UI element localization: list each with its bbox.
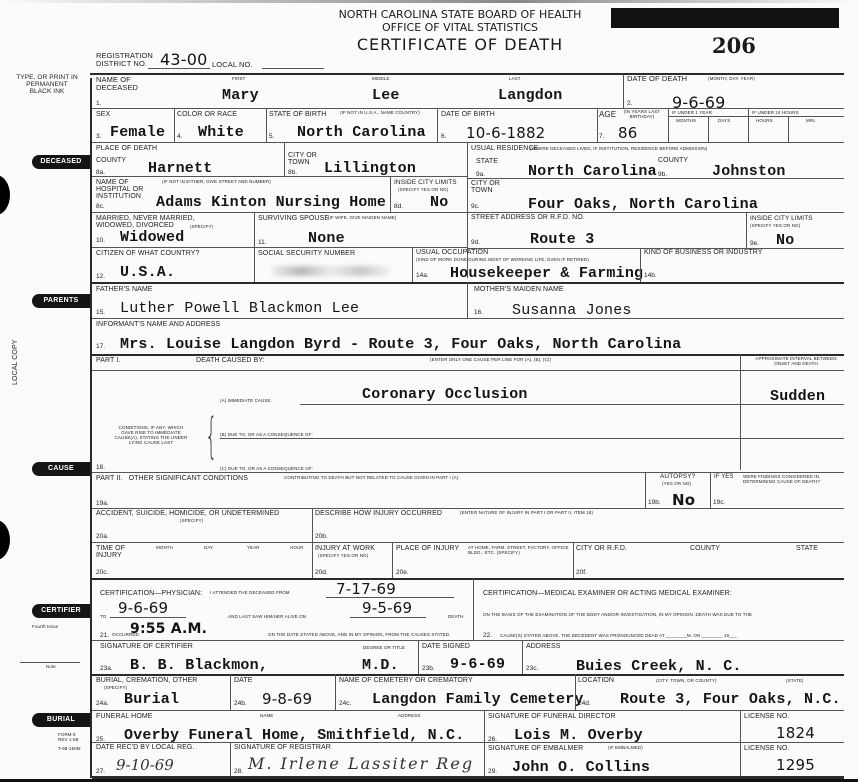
item-number: 19b. [648, 499, 661, 506]
birth-state-label: STATE OF BIRTH [269, 111, 326, 118]
autopsy-value[interactable]: No [672, 491, 695, 509]
min-label: MIN. [806, 118, 816, 123]
marital-status[interactable]: Widowed [120, 229, 184, 246]
autopsy-note: (YES OR NO) [662, 481, 691, 486]
physician-certification-label: CERTIFICATION—PHYSICIAN: [100, 590, 202, 597]
age-label: AGE [599, 111, 616, 118]
part-one-label: PART I. [96, 357, 120, 364]
rule [597, 108, 598, 142]
rule [484, 710, 485, 778]
item-number: 20e. [396, 569, 409, 576]
rule [92, 318, 844, 319]
item-number: 2. [627, 100, 632, 107]
rule [230, 742, 231, 778]
item-number: 9a. [476, 171, 485, 178]
death-inside-city[interactable]: No [430, 194, 448, 211]
occupation-note: (KIND OF WORK DONE DURING MOST OF WORKIN… [416, 257, 606, 262]
ink-instructions: TYPE, OR PRINT INPERMANENTBLACK INK [8, 74, 86, 95]
spouse-label: SURVIVING SPOUSE [258, 215, 329, 222]
certifier-address-label: ADDRESS [526, 643, 561, 650]
rule [748, 108, 749, 142]
death-county[interactable]: Harnett [148, 160, 212, 177]
embalmer[interactable]: John O. Collins [512, 759, 650, 776]
occurred-note: ON THE DATE STATED ABOVE, AND IN MY OPIN… [268, 632, 450, 637]
death-city[interactable]: Lillington [324, 160, 416, 177]
rule [92, 108, 844, 109]
attended-from-label: I ATTENDED THE DECEASED FROM [210, 590, 290, 595]
residence-street[interactable]: Route 3 [530, 231, 594, 248]
rule [110, 617, 186, 618]
race-value[interactable]: White [198, 124, 244, 141]
due-to-c-label: (c) DUE TO, OR AS A CONSEQUENCE OF: [220, 466, 313, 471]
item-number: 5. [269, 133, 274, 140]
citizenship[interactable]: U.S.A. [120, 264, 175, 281]
item-number: 19a. [96, 500, 109, 507]
last-label: LAST [509, 76, 521, 81]
time-of-death[interactable]: 9:55 A.M. [130, 621, 207, 637]
marital-note: (SPECIFY) [190, 224, 213, 229]
sex-label: SEX [96, 111, 110, 118]
item-number: 17. [96, 343, 105, 350]
residence-inside-city-label: INSIDE CITY LIMITS [750, 215, 813, 222]
rule [623, 74, 624, 108]
rule [573, 542, 574, 578]
deceased-last-name[interactable]: Langdon [498, 87, 562, 104]
item-number: 16. [474, 309, 483, 316]
item-number: 24b. [234, 700, 247, 707]
rule [467, 178, 844, 179]
item-number: 20d. [315, 569, 328, 576]
funeral-home-label: FUNERAL HOME [96, 713, 153, 720]
rule [92, 742, 844, 743]
rule [92, 176, 467, 177]
embalmer-license-label: LICENSE NO. [744, 745, 789, 752]
describe-injury-note: (ENTER NATURE OF INJURY IN PART I OR PAR… [460, 510, 593, 515]
rule [92, 640, 844, 641]
location-label: LOCATION [578, 677, 614, 684]
item-number: 23b. [422, 665, 435, 672]
place-of-injury-note: AT HOME, FARM, STREET, FACTORY, OFFICE B… [468, 545, 572, 555]
burial-method[interactable]: Burial [124, 691, 179, 708]
citizen-label: CITIZEN OF WHAT COUNTRY? [96, 250, 200, 257]
local-no-label: LOCAL NO. [212, 61, 253, 69]
medical-examiner-text-2: CAUSE(S) STATED ABOVE. THE DECEDENT WAS … [500, 633, 737, 638]
redaction-bar [611, 8, 839, 28]
ssn-label: SOCIAL SECURITY NUMBER [258, 250, 355, 257]
form-top-border [90, 73, 844, 75]
death-label: DEATH [448, 614, 463, 619]
mother-maiden-name[interactable]: Susanna Jones [512, 302, 632, 319]
rule [92, 674, 844, 676]
registration-label: REGISTRATIONDISTRICT NO. [96, 52, 153, 68]
section-tab-deceased: DECEASED [32, 155, 90, 169]
death-caused-by-label: DEATH CAUSED BY: [196, 357, 265, 364]
date-format-label: (MONTH, DAY, YEAR) [708, 76, 755, 81]
embalmer-label: SIGNATURE OF EMBALMER [488, 745, 583, 752]
item-number: 9e. [750, 240, 759, 247]
item-number: 8b. [288, 169, 297, 176]
rule [92, 247, 467, 248]
burial-method-note: (SPECIFY) [104, 685, 127, 690]
item-number: 22. [483, 632, 492, 639]
item-number: 9c. [471, 203, 480, 210]
rule [522, 640, 523, 674]
location-state-label: (STATE) [786, 678, 804, 683]
conditions-label: CONDITIONS, IF ANY, WHICH GAVE RISE TO I… [112, 425, 190, 445]
item-number: 12. [96, 273, 105, 280]
industry-label: KIND OF BUSINESS OR INDUSTRY [644, 249, 763, 256]
cemetery-label: NAME OF CEMETERY OR CREMATORY [339, 677, 473, 684]
hospital-name[interactable]: Adams Kinton Nursing Home [156, 194, 386, 211]
item-number: 11. [258, 239, 267, 246]
item-number: 1. [96, 100, 101, 107]
findings-label: WERE FINDINGS CONSIDERED IN DETERMINING … [743, 474, 844, 484]
rule [174, 108, 175, 142]
rule [668, 116, 844, 117]
death-county-label: COUNTY [96, 157, 126, 164]
rule [412, 248, 413, 282]
residence-note: (WHERE DECEASED LIVED, IF INSTITUTION, R… [530, 146, 707, 151]
rule [266, 108, 267, 142]
hours-label: HOURS [756, 118, 773, 123]
rule [92, 354, 844, 356]
rule [418, 640, 419, 674]
rule [284, 142, 285, 176]
rule [575, 674, 576, 710]
date-signed-label: DATE SIGNED [422, 643, 470, 650]
interval-label: APPROXIMATE INTERVAL BETWEEN ONSET AND D… [748, 356, 844, 366]
rule [746, 212, 747, 248]
injury-city-label: CITY OR R.F.D. [576, 545, 627, 552]
immediate-cause[interactable]: Coronary Occlusion [362, 386, 528, 403]
residence-city-label: CITY OR TOWN [471, 180, 501, 194]
birth-state-value[interactable]: North Carolina [297, 124, 426, 141]
burial-location[interactable]: Route 3, Four Oaks, N.C. [620, 691, 841, 708]
degree-label: DEGREE OR TITLE [363, 645, 405, 650]
rule [148, 68, 210, 69]
describe-injury-label: DESCRIBE HOW INJURY OCCURRED [315, 510, 442, 517]
item-number: 20c. [96, 569, 108, 576]
item-number: 10. [96, 237, 105, 244]
part-two-label: PART II. OTHER SIGNIFICANT CONDITIONS [96, 475, 248, 482]
registrar-label: SIGNATURE OF REGISTRAR [234, 744, 331, 751]
inside-city-note: (SPECIFY YES OR NO) [398, 187, 448, 192]
occupation-label: USUAL OCCUPATION [416, 249, 488, 256]
agency-name: NORTH CAROLINA STATE BOARD OF HEALTH [310, 8, 610, 21]
residence-label: USUAL RESIDENCE [471, 145, 538, 152]
item-number: 15. [96, 309, 105, 316]
hour-label: HOUR [290, 545, 304, 550]
sex-value[interactable]: Female [110, 124, 165, 141]
item-number: 6. [441, 133, 446, 140]
rule [708, 116, 709, 142]
certifier-signature[interactable]: B. B. Blackmon, [130, 657, 268, 674]
rule [437, 108, 438, 142]
item-number: 9d. [471, 239, 480, 246]
residence-inside-city-note: (SPECIFY YES OR NO) [750, 223, 800, 228]
form-left-border [90, 78, 92, 778]
rule [710, 472, 711, 508]
rule [92, 142, 844, 143]
rule [230, 674, 231, 710]
attended-to-date[interactable]: 9-6-69 [118, 599, 168, 617]
mother-label: MOTHER'S MAIDEN NAME [474, 286, 564, 293]
punch-hole [0, 520, 10, 560]
item-number: 7. [599, 133, 604, 140]
item-number: 23c. [526, 665, 538, 672]
item-number: 19c. [713, 499, 725, 506]
medical-examiner-text: ON THE BASIS OF THE EXAMINATION OF THE B… [483, 612, 752, 617]
under-24-hours-label: IF UNDER 24 HOURS [752, 110, 799, 115]
place-of-death-label: PLACE OF DEATH [96, 145, 157, 152]
ssn-redacted [272, 266, 390, 276]
injury-state-label: STATE [796, 545, 818, 552]
district-number[interactable]: 43-00 [160, 50, 208, 69]
form-id: FORM 8REV 1-68T-68-150M [58, 732, 81, 751]
deceased-middle-name[interactable]: Lee [372, 87, 400, 104]
embalmer-license[interactable]: 1295 [776, 756, 815, 774]
race-label: COLOR OR RACE [177, 111, 237, 118]
item-number: 14a. [416, 272, 429, 279]
date-received-label: DATE REC'D BY LOCAL REG. [96, 744, 195, 751]
injury-at-work-label: INJURY AT WORK [315, 545, 375, 552]
residence-inside-city[interactable]: No [776, 232, 794, 249]
certifier-note: Fourth Issue [32, 624, 58, 629]
rule [473, 578, 474, 640]
funeral-director-label: SIGNATURE OF FUNERAL DIRECTOR [488, 713, 616, 720]
item-number: 20f. [576, 569, 587, 576]
middle-label: MIDDLE [372, 76, 390, 81]
name-label: NAME OFDECEASED [96, 76, 138, 92]
rule [668, 108, 669, 142]
medical-examiner-label: CERTIFICATION—MEDICAL EXAMINER OR ACTING… [483, 590, 732, 597]
to-label: TO [100, 614, 106, 619]
item-number: 24c. [339, 700, 351, 707]
item-number: 18. [96, 464, 105, 471]
item-number: 4. [177, 133, 182, 140]
note-label: Note [46, 664, 56, 669]
funeral-home-address-label: ADDRESS [398, 713, 420, 718]
father-label: FATHER'S NAME [96, 286, 153, 293]
hospital-label: NAME OFHOSPITAL ORINSTITUTION [96, 179, 143, 200]
rule [92, 578, 844, 580]
birth-state-note: (IF NOT IN U.S.A., NAME COUNTRY) [340, 110, 420, 115]
place-of-injury-label: PLACE OF INJURY [396, 545, 459, 552]
funeral-home-name-label: NAME [260, 713, 273, 718]
rule [92, 212, 844, 213]
office-name: OFFICE OF VITAL STATISTICS [310, 21, 610, 34]
other-conditions-note: CONTRIBUTING TO DEATH BUT NOT RELATED TO… [284, 475, 458, 480]
section-tab-parents: PARENTS [32, 294, 90, 308]
death-city-label: CITY OR TOWN [288, 152, 318, 166]
autopsy-label: AUTOPSY? [660, 473, 695, 480]
local-copy-label: LOCAL COPY [12, 340, 19, 385]
hospital-note: (IF NOT IN EITHER, GIVE STREET AND NUMBE… [162, 179, 271, 184]
manner-note: (SPECIFY) [180, 518, 203, 523]
father-name[interactable]: Luther Powell Blackmon Lee [120, 300, 359, 317]
certifier-degree[interactable]: M.D. [362, 657, 399, 674]
occupation[interactable]: Housekeeper & Farming [450, 265, 643, 282]
immediate-cause-label: (a) IMMEDIATE CAUSE. [220, 398, 272, 403]
item-number: 27. [96, 768, 105, 775]
attended-from-date[interactable]: 7-17-69 [336, 580, 396, 598]
director-license-label: LICENSE NO. [744, 713, 789, 720]
day-label: DAY [204, 545, 213, 550]
rule [220, 438, 844, 439]
rule [92, 472, 844, 473]
punch-hole [0, 175, 10, 215]
rule [92, 282, 844, 284]
rule [740, 710, 741, 778]
due-to-b-label: (b) DUE TO, OR AS A CONSEQUENCE OF: [220, 432, 313, 437]
date-signed[interactable]: 9-6-69 [450, 656, 505, 673]
informant[interactable]: Mrs. Louise Langdon Byrd - Route 3, Four… [120, 336, 681, 353]
item-number: 29. [488, 768, 497, 775]
scan-edge [0, 0, 858, 3]
item-number: 20a. [96, 533, 109, 540]
rule [350, 617, 426, 618]
item-number: 21. [100, 632, 109, 639]
item-number: 9b. [658, 171, 667, 178]
surviving-spouse[interactable]: None [308, 230, 345, 247]
rule [335, 674, 336, 710]
age-value[interactable]: 86 [618, 124, 638, 142]
rule [312, 508, 313, 578]
date-received[interactable]: 9-10-69 [116, 756, 174, 774]
item-number: 8c. [96, 203, 105, 210]
certificate-number: 206 [712, 33, 756, 58]
item-number: 8d. [394, 203, 403, 210]
certifier-address[interactable]: Buies Creek, N. C. [576, 658, 742, 675]
under-one-year-label: IF UNDER 1 YEAR [672, 110, 712, 115]
note-line [20, 662, 80, 663]
item-number: 23a. [100, 665, 113, 672]
rule [92, 710, 844, 711]
rule [467, 282, 468, 318]
spouse-note: (IF WIFE, GIVE MAIDEN NAME) [328, 215, 396, 220]
if-yes-label: IF YES [714, 474, 734, 481]
rule [788, 116, 789, 142]
item-number: 14b. [644, 272, 657, 279]
cemetery-name[interactable]: Langdon Family Cemetery [372, 691, 584, 708]
rule [645, 472, 646, 508]
street-label: STREET ADDRESS OR R.F.D. No. [471, 214, 585, 221]
residence-county-label: COUNTY [658, 157, 688, 164]
rule [392, 542, 393, 578]
rule [326, 597, 454, 598]
burial-date-label: DATE [234, 677, 253, 684]
rule [92, 542, 844, 543]
rule [740, 354, 741, 470]
item-number: 24a. [96, 700, 109, 707]
time-of-injury-label: TIME OFINJURY [96, 545, 125, 559]
burial-method-label: BURIAL, CREMATION, OTHER [96, 677, 197, 684]
date-of-birth[interactable]: 10-6-1882 [466, 124, 545, 142]
injury-at-work-note: (SPECIFY YES OR NO) [318, 553, 368, 558]
item-number: 3. [96, 133, 101, 140]
marital-label: MARRIED, NEVER MARRIED,WIDOWED, DIVORCED [96, 215, 195, 229]
days-label: DAYS [718, 118, 730, 123]
first-label: FIRST [232, 76, 246, 81]
rule [640, 248, 641, 282]
date-of-death-label: DATE OF DEATH [627, 75, 687, 83]
rule [92, 508, 844, 509]
residence-state-label: STATE [476, 158, 498, 165]
rule [300, 404, 844, 405]
document-title: CERTIFICATE OF DEATH [310, 35, 610, 54]
month-label: MONTH [156, 545, 173, 550]
injury-county-label: COUNTY [690, 545, 720, 552]
section-tab-burial: BURIAL [32, 713, 90, 727]
registrar-signature[interactable]: M. Irlene Lassiter Reg [248, 754, 474, 773]
brace: { [205, 412, 217, 460]
informant-label: INFORMANT'S NAME AND ADDRESS [96, 321, 220, 328]
rule [390, 176, 391, 212]
embalmer-note: (IF EMBALMED) [608, 745, 643, 750]
age-years-label: (IN YEARS LAST BIRTHDAY) [617, 109, 667, 119]
year-label: YEAR [247, 545, 260, 550]
item-number: 8a. [96, 169, 105, 176]
deceased-first-name[interactable]: Mary [222, 87, 259, 104]
rule [262, 68, 324, 69]
item-number: 20b. [315, 533, 328, 540]
item-number: 28. [234, 768, 243, 775]
last-saw-date[interactable]: 9-5-69 [362, 599, 412, 617]
inside-city-label: INSIDE CITY LIMITS [394, 179, 457, 186]
manner-label: ACCIDENT, SUICIDE, HOMICIDE, OR UNDETERM… [96, 510, 279, 517]
location-note: (CITY, TOWN, OR COUNTY) [656, 678, 717, 683]
onset-interval[interactable]: Sudden [770, 388, 825, 405]
section-tab-cause: CAUSE [32, 462, 90, 476]
months-label: MONTHS [676, 118, 696, 123]
certifier-signature-label: SIGNATURE OF CERTIFIER [100, 643, 193, 650]
one-cause-note: (ENTER ONLY ONE CAUSE PER LINE FOR (a), … [430, 357, 551, 362]
dob-label: DATE OF BIRTH [441, 111, 495, 118]
director-license[interactable]: 1824 [776, 724, 815, 742]
item-number: 24d. [578, 700, 591, 707]
section-tab-certifier: CERTIFIER [32, 604, 90, 618]
burial-date[interactable]: 9-8-69 [262, 690, 312, 708]
residence-city[interactable]: Four Oaks, North Carolina [528, 196, 758, 213]
last-saw-label: AND LAST SAW HIM/HER ALIVE ON [228, 614, 306, 619]
rule [92, 370, 844, 371]
